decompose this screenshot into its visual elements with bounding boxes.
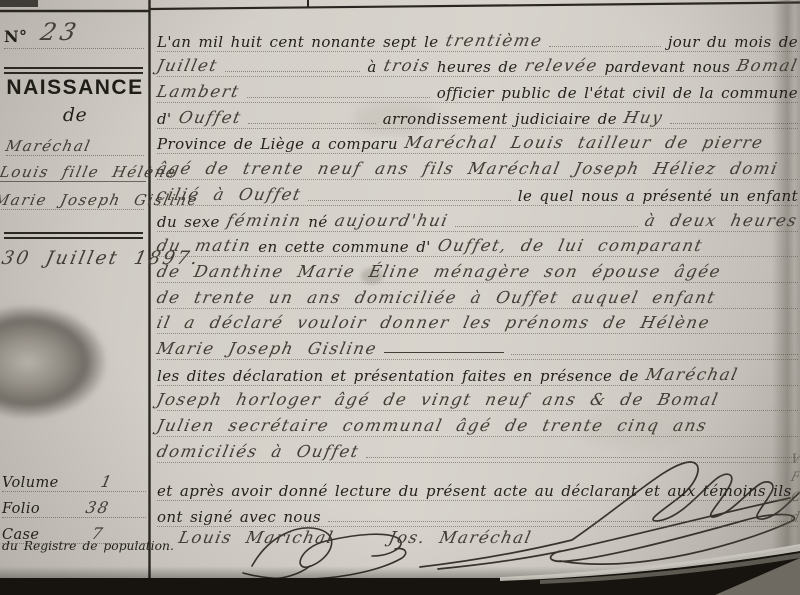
handwritten-text: Jos. Maréchal <box>387 528 534 548</box>
act-line: Julien secrétaire communal âgé de trente… <box>157 411 798 437</box>
handwritten-text: il a déclaré vouloir donner les prénoms … <box>155 313 712 333</box>
margin-field-folio: Folio38 <box>2 492 146 518</box>
record-type-subtitle: de <box>0 104 150 126</box>
handwritten-text: Maréchal Louis tailleur de pierre <box>403 133 766 153</box>
dotted-leader <box>670 122 798 124</box>
dotted-leader <box>511 353 798 355</box>
handwritten-text: Lambert <box>155 82 242 102</box>
top-rule-main <box>150 3 800 10</box>
printed-text: arrondissement judiciaire de <box>383 110 617 128</box>
handwritten-text: Bomal <box>735 56 800 76</box>
handwritten-text: trois <box>382 56 432 76</box>
handwritten-text: de Danthine Marie Éline ménagère son épo… <box>155 262 723 282</box>
printed-text: d' <box>157 110 172 128</box>
printed-text: né <box>308 213 327 231</box>
act-number-value: 23 <box>38 18 82 46</box>
act-text-column: L'an mil huit cent nonante sept letrenti… <box>157 26 798 548</box>
act-line: il a déclaré vouloir donner les prénoms … <box>157 309 798 335</box>
printed-text: L'an mil huit cent nonante sept le <box>157 33 439 51</box>
margin-date: 30 Juillet 1897. <box>2 248 148 269</box>
margin-register-fields: Volume1Folio38Case7 <box>2 466 146 544</box>
handwritten-text: Marie Joseph Gisline <box>155 339 379 359</box>
handwritten-text: du matin <box>155 236 254 256</box>
act-line: et après avoir donné lecture du présent … <box>157 476 798 502</box>
act-line: du sexefémininnéaujourd'huià deux heures <box>157 206 798 232</box>
printed-text: pardevant nous <box>604 58 730 76</box>
margin-given-names: Louis fille Hélène <box>0 163 178 181</box>
printed-text: officier public de l'état civil de la co… <box>437 84 798 102</box>
act-line: Lambertofficier public de l'état civil d… <box>157 77 798 103</box>
handwritten-text: cilié à Ouffet <box>155 185 304 205</box>
act-line: L'an mil huit cent nonante sept letrenti… <box>157 26 798 52</box>
margin-name-line: Maréchal <box>6 136 144 156</box>
facing-page-fragment: F <box>789 470 800 485</box>
printed-text: ont signé avec nous <box>157 508 321 526</box>
act-line: d'Ouffetarrondissement judiciaire deHuy <box>157 103 798 129</box>
facing-page-fragment: V <box>789 452 800 467</box>
act-line: Joseph horloger âgé de vingt neuf ans & … <box>157 386 798 412</box>
margin-surname: Maréchal <box>4 137 93 155</box>
thumb-blob <box>0 304 108 420</box>
record-type-title: NAISSANCE <box>0 76 150 100</box>
field-value: 38 <box>84 498 112 517</box>
printed-text: et après avoir donné lecture du présent … <box>157 482 792 500</box>
handwritten-text: Maréchal <box>644 365 740 385</box>
dotted-leader <box>248 122 376 124</box>
handwritten-text: trentième <box>443 31 544 51</box>
act-line: âgé de trente neuf ans fils Maréchal Jos… <box>157 154 798 180</box>
act-number-label: N° <box>4 27 27 46</box>
handwritten-text: âgé de trente neuf ans fils Maréchal Jos… <box>155 159 780 179</box>
dotted-leader <box>328 520 798 522</box>
handwritten-text: relevée <box>523 56 600 76</box>
handwritten-text: Ouffet <box>176 108 243 128</box>
margin-double-rule <box>4 68 143 73</box>
dotted-leader <box>247 96 430 98</box>
dotted-leader <box>549 45 661 47</box>
printed-text: jour du mois de <box>668 33 798 51</box>
printed-text: à <box>367 58 376 76</box>
scanned-birth-register-page: N° 23 NAISSANCE de Maréchal Louis fille … <box>0 0 800 595</box>
handwritten-text: Joseph horloger âgé de vingt neuf ans & … <box>155 390 721 410</box>
printed-text: en cette commune d' <box>258 238 430 256</box>
act-line: du matinen cette commune d'Ouffet, de lu… <box>157 232 798 258</box>
handwritten-text: Juillet <box>155 56 220 76</box>
handwritten-text: Julien secrétaire communal âgé de trente… <box>155 416 709 436</box>
corner-smudge <box>0 0 38 7</box>
dotted-leader <box>308 199 510 201</box>
handwritten-text: Ouffet, de lui comparant <box>436 236 705 256</box>
act-line: Province de Liège a comparuMaréchal Loui… <box>157 129 798 155</box>
printed-text: du sexe <box>157 213 220 231</box>
act-line: les dites déclaration et présentation fa… <box>157 360 798 386</box>
handwritten-text: Louis Marichal <box>177 528 336 548</box>
register-note: du Registre de population. <box>2 539 148 553</box>
margin-field-volume: Volume1 <box>2 466 146 492</box>
dotted-leader <box>455 225 639 227</box>
handwritten-text: féminin <box>225 211 304 231</box>
printed-text: les dites déclaration et présentation fa… <box>157 367 639 385</box>
handwritten-text: aujourd'hui <box>332 211 450 231</box>
filler-dash <box>384 351 504 353</box>
act-line: domiciliés à Ouffet <box>157 437 798 463</box>
margin-name-line: Louis fille Hélène <box>0 162 146 182</box>
act-line: de trente un ans domiciliée à Ouffet auq… <box>157 283 798 309</box>
field-value: 1 <box>99 472 115 491</box>
facing-page-fragment: d <box>789 510 800 525</box>
handwritten-text: domiciliés à Ouffet <box>155 442 361 462</box>
printed-text: heures de <box>437 58 518 76</box>
margin-name-line: Marie Joseph Gisline <box>0 190 144 210</box>
field-label: Volume <box>2 475 59 491</box>
field-label: Folio <box>2 501 40 517</box>
handwritten-text: Huy <box>622 108 665 128</box>
printed-text: le quel nous a présenté un enfant <box>518 187 798 205</box>
dotted-leader <box>225 70 361 72</box>
act-number-row: N° 23 <box>4 18 144 49</box>
handwritten-text: de trente un ans domiciliée à Ouffet auq… <box>155 288 718 308</box>
dotted-leader <box>366 456 798 458</box>
act-line: cilié à Ouffetle quel nous a présenté un… <box>157 180 798 206</box>
facing-page-fragment: C <box>789 490 800 505</box>
handwritten-text: à deux heures <box>643 211 800 231</box>
printed-text: Province de Liège a comparu <box>157 135 398 153</box>
margin-double-rule <box>4 233 143 238</box>
act-line: Marie Joseph Gisline <box>157 334 798 360</box>
act-line: Juilletàtroisheures derelevéepardevant n… <box>157 52 798 78</box>
signature-names-row: Louis MarichalJos. Maréchal <box>179 523 798 548</box>
act-line: de Danthine Marie Éline ménagère son épo… <box>157 257 798 283</box>
